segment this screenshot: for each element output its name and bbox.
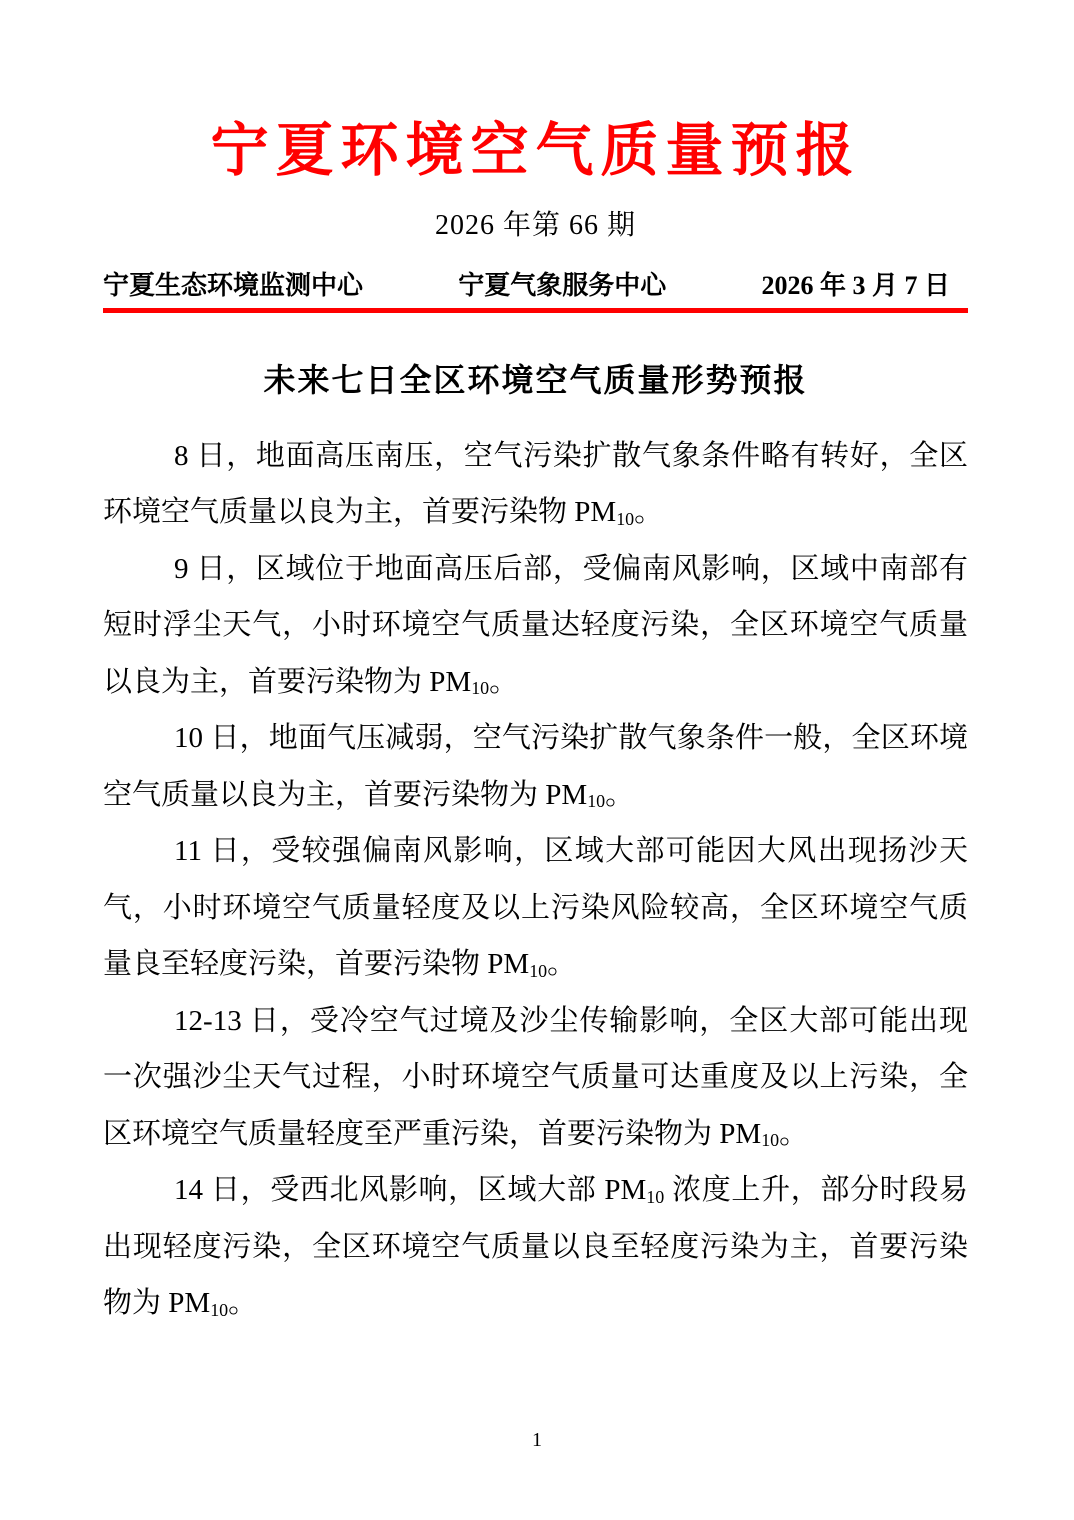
forecast-paragraph: 11 日，受较强偏南风影响，区域大部可能因大风出现扬沙天气，小时环境空气质量轻度…	[103, 823, 968, 993]
pm10-subscript: 10	[587, 791, 605, 811]
forecast-paragraphs: 8 日，地面高压南压，空气污染扩散气象条件略有转好，全区环境空气质量以良为主，首…	[103, 428, 968, 1332]
issue-date: 2026 年 3 月 7 日	[761, 270, 950, 301]
forecast-paragraph: 12-13 日，受冷空气过境及沙尘传输影响，全区大部可能出现一次强沙尘天气过程，…	[103, 993, 968, 1163]
issue-number: 2026 年第 66 期	[103, 209, 968, 243]
page-number: 1	[0, 1428, 1074, 1452]
pm10-subscript: 10	[646, 1187, 664, 1207]
pm10-subscript: 10	[471, 678, 489, 698]
forecast-paragraph: 9 日，区域位于地面高压后部，受偏南风影响，区域中南部有短时浮尘天气，小时环境空…	[103, 541, 968, 711]
forecast-paragraph: 14 日，受西北风影响，区域大部 PM10 浓度上升，部分时段易出现轻度污染，全…	[103, 1162, 968, 1332]
pm10-subscript: 10	[616, 509, 634, 529]
section-title: 未来七日全区环境空气质量形势预报	[103, 361, 968, 399]
pm10-subscript: 10	[761, 1130, 779, 1150]
pm10-subscript: 10	[529, 961, 547, 981]
red-divider-rule	[103, 308, 968, 313]
forecast-paragraph: 8 日，地面高压南压，空气污染扩散气象条件略有转好，全区环境空气质量以良为主，首…	[103, 428, 968, 541]
document-page: 宁夏环境空气质量预报 2026 年第 66 期 宁夏生态环境监测中心 宁夏气象服…	[0, 0, 1074, 1520]
document-content: 宁夏环境空气质量预报 2026 年第 66 期 宁夏生态环境监测中心 宁夏气象服…	[0, 118, 1074, 1332]
document-title: 宁夏环境空气质量预报	[103, 118, 968, 185]
header-row: 宁夏生态环境监测中心 宁夏气象服务中心 2026 年 3 月 7 日	[103, 270, 968, 301]
pm10-subscript: 10	[210, 1300, 228, 1320]
org-monitoring-center: 宁夏生态环境监测中心	[103, 270, 363, 301]
org-weather-center: 宁夏气象服务中心	[458, 270, 666, 301]
forecast-paragraph: 10 日，地面气压减弱，空气污染扩散气象条件一般，全区环境空气质量以良为主，首要…	[103, 710, 968, 823]
